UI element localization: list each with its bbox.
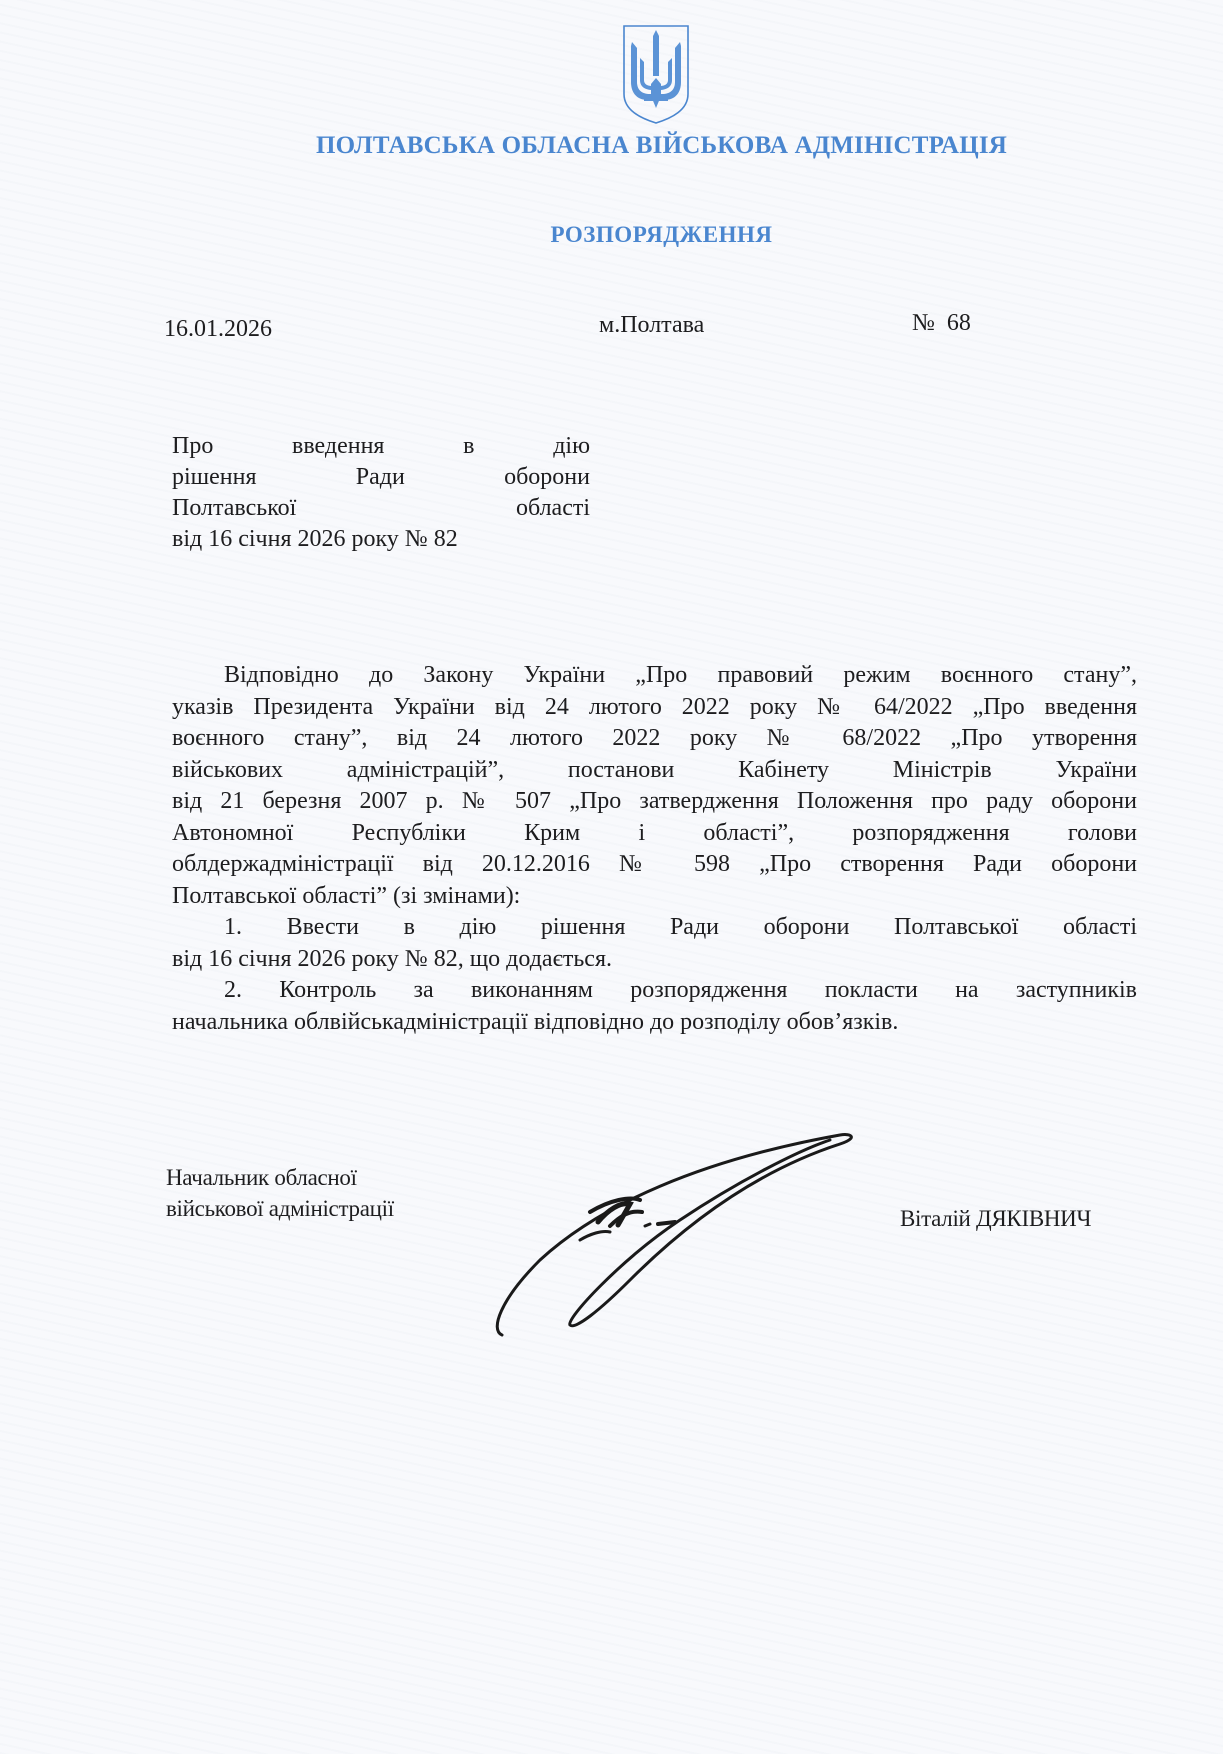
body-line: воєнного стану”, від 24 лютого 2022 року…	[172, 723, 1137, 755]
number-sign: №	[912, 310, 935, 336]
document-date: 16.01.2026	[164, 316, 272, 343]
subject-line: рішення Ради оборони	[172, 462, 590, 493]
body-line: від 16 січня 2026 року № 82, що додаєтьс…	[172, 944, 1137, 976]
order-item-1: 1. Ввести в дію рішення Ради оборони Пол…	[172, 912, 1137, 975]
order-item-2: 2. Контроль за виконанням розпорядження …	[172, 975, 1137, 1038]
body-line: Відповідно до Закону України „Про правов…	[172, 660, 1137, 692]
document-city: м.Полтава	[599, 312, 704, 339]
body-line: Полтавської області” (зі змінами):	[172, 881, 1137, 913]
body-line: облдержадміністрації від 20.12.2016 № 59…	[172, 849, 1137, 881]
document-number: №68	[912, 310, 971, 337]
body-line: 1. Ввести в дію рішення Ради оборони Пол…	[172, 912, 1137, 944]
body-line: начальника облвійськадміністрації відпов…	[172, 1007, 1137, 1039]
document-subject: Про введення в дію рішення Ради оборони …	[172, 431, 590, 555]
coat-of-arms-icon	[622, 24, 690, 124]
body-line: указів Президента України від 24 лютого …	[172, 692, 1137, 724]
preamble-paragraph: Відповідно до Закону України „Про правов…	[172, 660, 1137, 912]
signer-position-line: Начальник обласної	[166, 1162, 394, 1193]
number-value: 68	[947, 310, 971, 336]
subject-line: Про введення в дію	[172, 431, 590, 462]
body-line: 2. Контроль за виконанням розпорядження …	[172, 975, 1137, 1007]
subject-line: Полтавської області	[172, 493, 590, 524]
body-line: військових адміністрацій”, постанови Каб…	[172, 755, 1137, 787]
body-line: від 21 березня 2007 р. № 507 „Про затвер…	[172, 786, 1137, 818]
organization-title: ПОЛТАВСЬКА ОБЛАСНА ВІЙСЬКОВА АДМІНІСТРАЦ…	[0, 132, 1223, 160]
handwritten-signature-icon	[480, 1130, 940, 1340]
subject-line: від 16 січня 2026 року № 82	[172, 524, 590, 555]
signer-position-line: військової адміністрації	[166, 1193, 394, 1224]
body-line: Автономної Республіки Крим і області”, р…	[172, 818, 1137, 850]
signer-name: Віталій ДЯКІВНИЧ	[900, 1206, 1091, 1232]
document-type-title: РОЗПОРЯДЖЕННЯ	[0, 222, 1223, 248]
document-page: ПОЛТАВСЬКА ОБЛАСНА ВІЙСЬКОВА АДМІНІСТРАЦ…	[0, 0, 1223, 1754]
signer-position: Начальник обласної військової адміністра…	[166, 1162, 394, 1224]
document-body: Відповідно до Закону України „Про правов…	[172, 660, 1137, 1038]
